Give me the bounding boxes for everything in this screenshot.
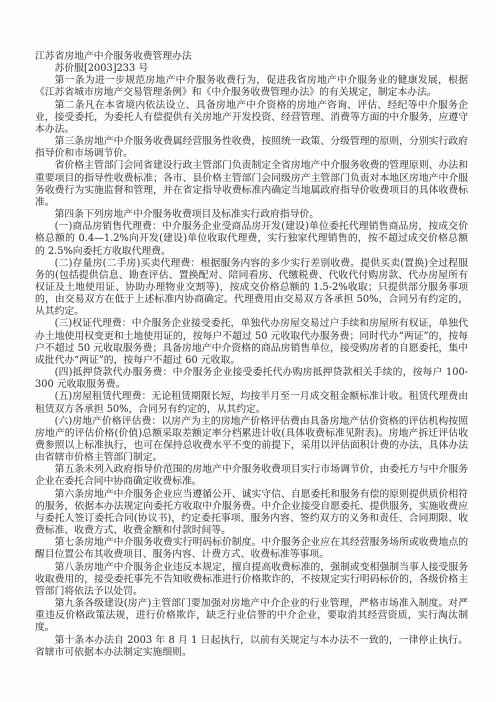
paragraph-article-3: 第三条房地产中介服务收费属经营服务性收费，按照统一政策、分级管理的原则，分别实行…: [35, 136, 468, 160]
paragraph-article-5: 第五条未列入政府指导价范围的房地产中介服务收费项目实行市场调节价，由委托方与中介…: [35, 464, 468, 488]
paragraph-article-10: 第十条本办法自 2003 年 8 月 1 日起执行，以前有关规定与本办法不一致的…: [35, 635, 468, 659]
paragraph-article-7: 第七条房地产中介服务收费实行明码标价制度。中介服务企业应在其经营服务场所或收费地…: [35, 537, 468, 561]
paragraph-item-1: (一)商品房销售代理费：中介服务企业受商品房开发(建设)单位委托代理销售商品房，…: [35, 221, 468, 257]
paragraph-article-9: 第九条各级建设(房产)主管部门要加强对房地产中介企业的行业管理，严格市场准入制度…: [35, 598, 468, 634]
paragraph-article-1: 第一条为进一步规范房地产中介服务收费行为，促进我省房地产中介服务业的健康发展，根…: [35, 75, 468, 99]
paragraph-article-3-supplement: 省价格主管部门会同省建设行政主管部门负责制定全省房地产中介服务收费的管理原则、办…: [35, 160, 468, 209]
paragraph-article-6: 第六条房地产中介服务企业应当遵循公开、诚实守信、自愿委托和服务有偿的原则提供质价…: [35, 489, 468, 538]
paragraph-item-5: (五)房屋租赁代理费：无论租赁期限长短，均按半月至一月成交租金额标准计收。租赁代…: [35, 391, 468, 415]
doc-number: 苏价服[2003]233 号: [35, 63, 468, 75]
paragraph-article-8: 第八条房地产中介服务企业违反本规定，擅自提高收费标准的，强制或变相强制当事人接受…: [35, 562, 468, 598]
doc-title: 江苏省房地产中介服务收费管理办法: [35, 51, 468, 63]
paragraph-item-4: (四)抵押贷款代办服务费：中介服务企业接受委托代办购房抵押贷款相关手续的，按每户…: [35, 367, 468, 391]
paragraph-article-4: 第四条下列房地产中介服务收费项目及标准实行政府指导价。: [35, 209, 468, 221]
paragraph-item-6: (六)房地产价格评估费：以房产为主的房地产价格评估费由具备房地产估价资格的评估机…: [35, 416, 468, 465]
paragraph-article-2: 第二条凡在本省境内依法设立、具备房地产中介资格的房地产咨询、评估、经纪等中介服务…: [35, 100, 468, 136]
paragraph-item-3: (三)权证代理费：中介服务企业接受委托，单独代办房屋交易过户手续和房屋所有权证，…: [35, 318, 468, 367]
paragraph-item-2: (二)存量房(二手房)买卖代理费：根据服务内容的多少实行差别收费。提供买卖(置换…: [35, 258, 468, 319]
document-page: 江苏省房地产中介服务收费管理办法 苏价服[2003]233 号 第一条为进一步规…: [0, 0, 496, 702]
document-body: 江苏省房地产中介服务收费管理办法 苏价服[2003]233 号 第一条为进一步规…: [35, 51, 468, 659]
